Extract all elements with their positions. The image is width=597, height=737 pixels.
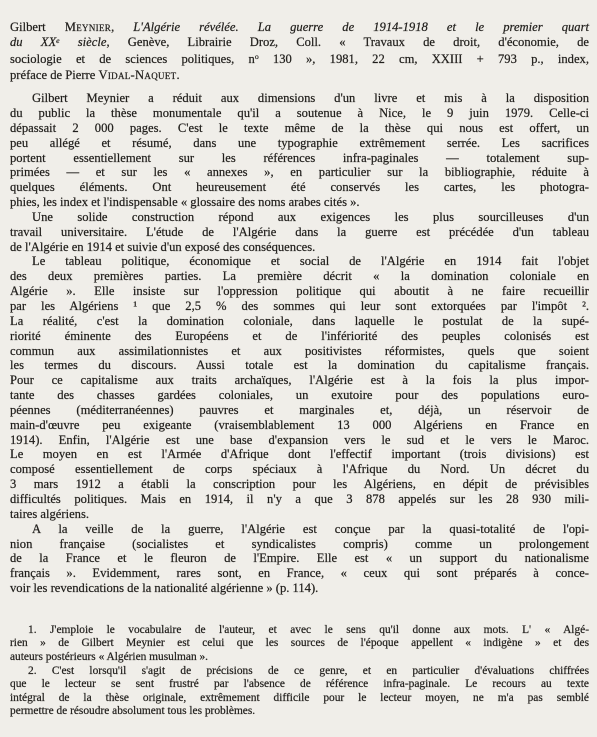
text-segment: ,: [111, 20, 133, 34]
text-line: commun aux assimilationnistes et aux pos…: [10, 344, 589, 359]
text-line: de l'Algérie en 1914 et suivie d'un expo…: [10, 240, 589, 255]
text-line: quelques éléments. Ont heureusement été …: [10, 180, 589, 195]
text-segment: Gilbert: [10, 20, 65, 34]
text-line: portent essentiellement sur les référenc…: [10, 151, 589, 166]
text-line: taires algériens.: [10, 507, 589, 522]
text-line: Pour ce capitalisme aux traits archaïque…: [10, 373, 589, 388]
text-line: auteurs postérieurs « Algérien musulman …: [10, 651, 589, 665]
text-line: 3 mars 1912 a établi la conscription pou…: [10, 477, 589, 492]
small-caps-name: Meynier: [65, 20, 111, 34]
text-line: permettre de résoudre absolument tous le…: [10, 705, 589, 719]
text-line: Le moyen en est l'Armée d'Afrique dont l…: [10, 447, 589, 462]
text-segment: 130 », 1981, 22 cm, XXIII + 793 p., inde…: [259, 52, 589, 66]
italic-title: siècle: [60, 35, 107, 49]
text-line: 1914). Enfin, l'Algérie est une base d'e…: [10, 433, 589, 448]
text-line: travail universitaire. L'étude de l'Algé…: [10, 225, 589, 240]
paragraph-2: Une solide construction répond aux exige…: [10, 210, 589, 255]
text-segment: , Genève, Librairie Droz, Coll. « Travau…: [106, 35, 589, 49]
paragraph-1: Gilbert Meynier a réduit aux dimensions …: [10, 91, 589, 210]
paragraph-3: Le tableau politique, économique et soci…: [10, 254, 589, 521]
text-line: des deux premières parties. La première …: [10, 269, 589, 284]
italic-title: L'Algérie révélée. La guerre de 1914-191…: [133, 20, 589, 34]
small-caps-name: Vidal-Naquet: [98, 68, 176, 82]
text-line: Gilbert Meynier a réduit aux dimensions …: [10, 91, 589, 106]
bibliographic-citation: Gilbert Meynier, L'Algérie révélée. La g…: [10, 20, 589, 83]
superscript: o: [255, 52, 259, 61]
text-line: préface de Pierre Vidal-Naquet.: [10, 68, 589, 83]
footnote-2: 2. C'est lorsqu'il s'agit de précisions …: [10, 665, 589, 719]
text-line: Gilbert Meynier, L'Algérie révélée. La g…: [10, 20, 589, 35]
text-line: de la France et le fleuron de l'Empire. …: [10, 551, 589, 566]
text-line: 2. C'est lorsqu'il s'agit de précisions …: [10, 665, 589, 679]
superscript: e: [56, 36, 59, 45]
text-line: Le tableau politique, économique et soci…: [10, 254, 589, 269]
text-line: que le lecteur se sent frustré par l'abs…: [10, 678, 589, 692]
text-line: rien » de Gilbert Meynier est celui que …: [10, 637, 589, 651]
italic-title: du XX: [10, 35, 56, 49]
text-line: du public la thèse monumentale qu'il a s…: [10, 106, 589, 121]
text-line: composé essentiellement de corps spéciau…: [10, 462, 589, 477]
text-line: intégral de la thèse originale, extrêmem…: [10, 692, 589, 706]
text-line: Algérie ». Elle insiste sur l'oppression…: [10, 284, 589, 299]
review-body: Gilbert Meynier a réduit aux dimensions …: [10, 91, 589, 596]
text-line: par les Algériens ¹ que 2,5 % des sommes…: [10, 299, 589, 314]
text-line: nion française (socialistes et syndicali…: [10, 537, 589, 552]
paragraph-4: A la veille de la guerre, l'Algérie est …: [10, 522, 589, 596]
text-line: phies, les index et l'indispensable « gl…: [10, 195, 589, 210]
scanned-book-review-page: Gilbert Meynier, L'Algérie révélée. La g…: [0, 0, 597, 737]
text-line: A la veille de la guerre, l'Algérie est …: [10, 522, 589, 537]
text-line: 1. J'emploie le vocabulaire de l'auteur,…: [10, 624, 589, 638]
text-line: riorité éminente des Européens et de l'i…: [10, 329, 589, 344]
text-line: péennes (méditerranéennes) pauvres et ma…: [10, 403, 589, 418]
text-line: voir les revendications de la nationalit…: [10, 581, 589, 596]
text-line: les termes du discours. Aussi totale est…: [10, 358, 589, 373]
text-line: dépassait 2 000 pages. C'est le texte mê…: [10, 121, 589, 136]
text-segment: sociologie et de sciences politiques, n: [10, 52, 255, 66]
text-line: tante des chasses gardées coloniales, un…: [10, 388, 589, 403]
text-line: français ». Evidemment, rares sont, en F…: [10, 566, 589, 581]
text-line: du XXe siècle, Genève, Librairie Droz, C…: [10, 35, 589, 51]
footnotes-section: 1. J'emploie le vocabulaire de l'auteur,…: [10, 624, 589, 719]
text-line: Une solide construction répond aux exige…: [10, 210, 589, 225]
text-line: main-d'œuvre peu exigeante (vraisemblabl…: [10, 418, 589, 433]
text-line: peu allégé et résumé, dans une typograph…: [10, 136, 589, 151]
text-segment: préface de Pierre: [10, 68, 98, 82]
text-line: La réalité, c'est la domination colonial…: [10, 314, 589, 329]
footnote-1: 1. J'emploie le vocabulaire de l'auteur,…: [10, 624, 589, 665]
text-line: difficultés politiques. Mais en 1914, il…: [10, 492, 589, 507]
text-line: primées — et sur les « annexes », en par…: [10, 165, 589, 180]
text-line: sociologie et de sciences politiques, no…: [10, 52, 589, 68]
text-segment: .: [176, 68, 179, 82]
